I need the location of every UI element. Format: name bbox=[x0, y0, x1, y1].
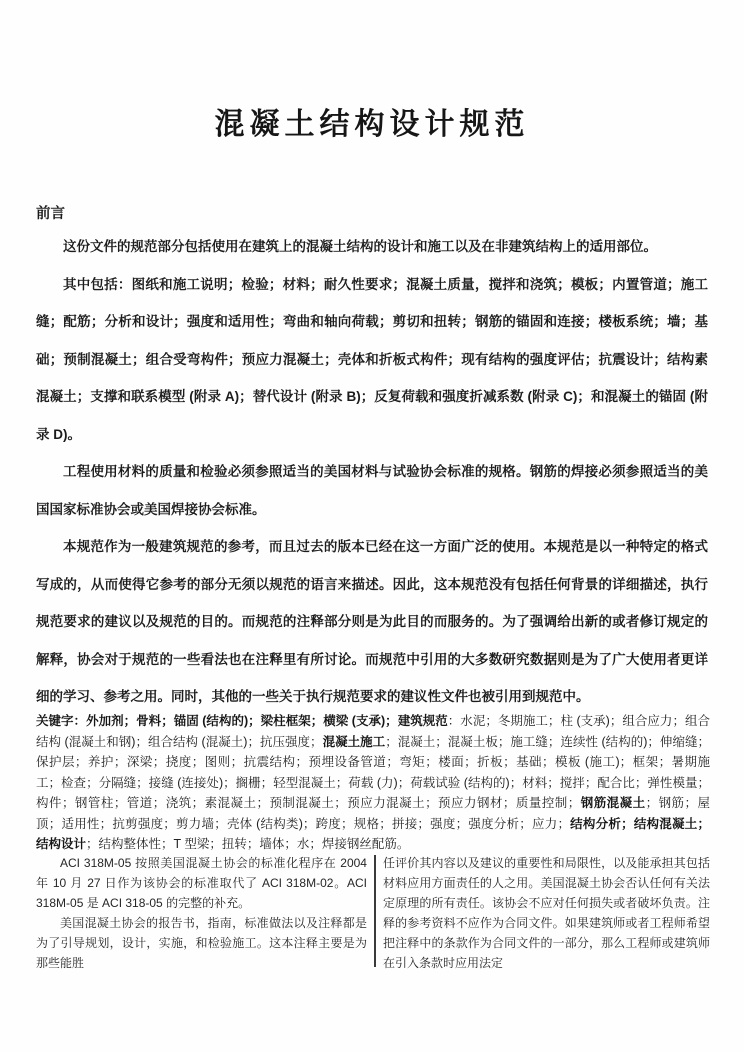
keyword-segment-bold: 钢筋混凝土 bbox=[580, 796, 645, 810]
paragraph: 任评价其内容以及建议的重要性和局限性，以及能承担其包括材料应用方面责任的人之用。… bbox=[383, 853, 710, 973]
footnote-section: ACI 318M-05 按照美国混凝土协会的标准化程序在 2004 年 10 月… bbox=[36, 853, 712, 973]
paragraph: ACI 318M-05 按照美国混凝土协会的标准化程序在 2004 年 10 月… bbox=[36, 853, 367, 913]
footnote-left-column: ACI 318M-05 按照美国混凝土协会的标准化程序在 2004 年 10 月… bbox=[36, 853, 367, 973]
keyword-segment: ；结构整体性；T 型梁；扭转；墙体；水；焊接钢丝配筋。 bbox=[86, 837, 409, 851]
paragraph: 其中包括：图纸和施工说明；检验；材料；耐久性要求；混凝土质量，搅拌和浇筑；模板；… bbox=[36, 266, 708, 454]
document-page: 混凝土结构设计规范 前言 这份文件的规范部分包括使用在建筑上的混凝土结构的设计和… bbox=[0, 0, 744, 1052]
keyword-segment-bold: 关键字：外加剂；骨料；锚固 (结构的)；梁柱框架；横梁 (支承)；建筑规范 bbox=[36, 714, 448, 728]
column-divider bbox=[374, 855, 376, 967]
preface-heading: 前言 bbox=[36, 202, 65, 223]
document-title: 混凝土结构设计规范 bbox=[0, 99, 744, 143]
keyword-segment-bold: 混凝土施工 bbox=[323, 735, 386, 749]
paragraph: 这份文件的规范部分包括使用在建筑上的混凝土结构的设计和施工以及在非建筑结构上的适… bbox=[36, 228, 708, 266]
paragraph: 本规范作为一般建筑规范的参考，而且过去的版本已经在这一方面广泛的使用。本规范是以… bbox=[36, 528, 708, 716]
paragraph: 工程使用材料的质量和检验必须参照适当的美国材料与试验协会标准的规格。钢筋的焊接必… bbox=[36, 453, 708, 528]
paragraph: 美国混凝土协会的报告书，指南，标准做法以及注释都是为了引导规划，设计，实施，和检… bbox=[36, 913, 367, 973]
body-paragraphs: 这份文件的规范部分包括使用在建筑上的混凝土结构的设计和施工以及在非建筑结构上的适… bbox=[36, 228, 708, 716]
keywords-paragraph: 关键字：外加剂；骨料；锚固 (结构的)；梁柱框架；横梁 (支承)；建筑规范：水泥… bbox=[36, 711, 710, 855]
footnote-right-column: 任评价其内容以及建议的重要性和局限性，以及能承担其包括材料应用方面责任的人之用。… bbox=[383, 853, 710, 973]
